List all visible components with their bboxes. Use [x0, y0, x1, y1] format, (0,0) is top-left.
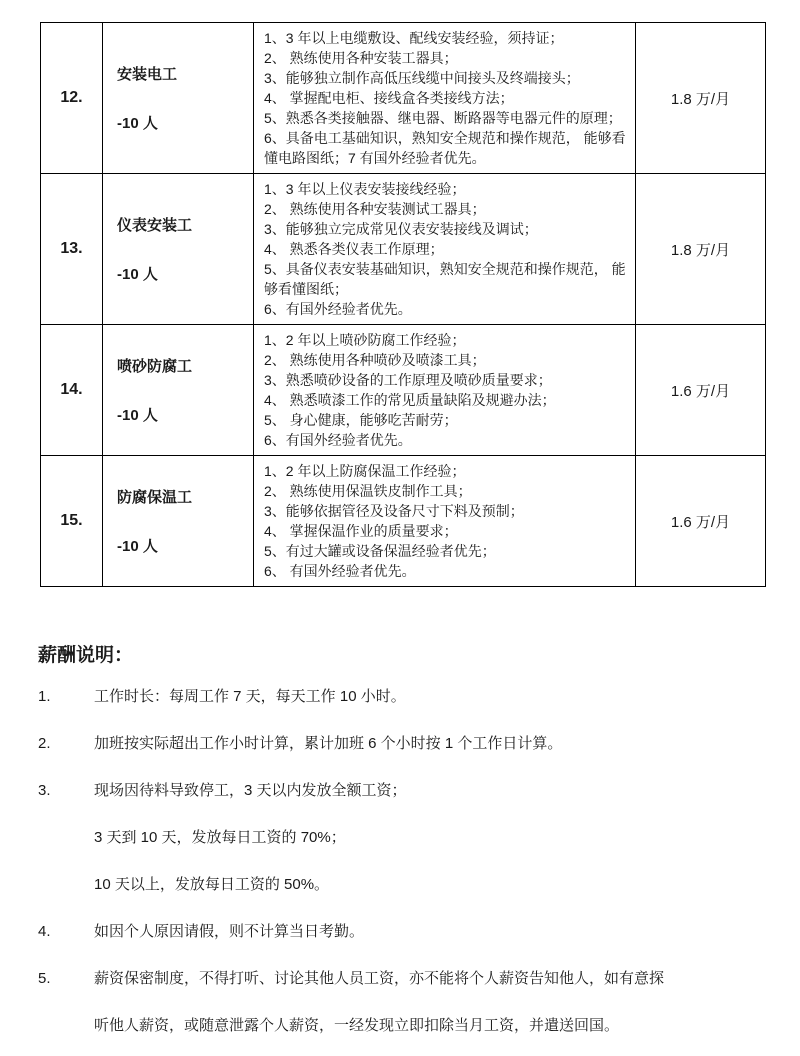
note-number: 1. [38, 673, 94, 720]
job-headcount: -10 人 [117, 263, 252, 284]
row-number-cell: 12. [41, 23, 103, 174]
note-number: 5. [38, 955, 94, 1002]
job-requirements-cell: 1、2 年以上防腐保温工作经验；2、 熟练使用保温铁皮制作工具；3、能够依据管径… [254, 456, 636, 587]
job-headcount: -10 人 [117, 112, 252, 133]
salary-note-item: 5. 薪资保密制度，不得打听、讨论其他人员工资，亦不能将个人薪资告知他人，如有意… [38, 955, 770, 1049]
row-number-cell: 14. [41, 325, 103, 456]
note-lines: 薪资保密制度，不得打听、讨论其他人员工资，亦不能将个人薪资告知他人，如有意探听他… [94, 955, 770, 1049]
job-table-row: 14. 喷砂防腐工 -10 人 1、2 年以上喷砂防腐工作经验；2、 熟练使用各… [41, 325, 766, 456]
salary-notes-list: 1. 工作时长：每周工作 7 天，每天工作 10 小时。 2. 加班按实际超出工… [38, 673, 770, 1049]
requirement-item: 2、 熟练使用保温铁皮制作工具； [264, 481, 627, 501]
job-table-row: 12. 安装电工 -10 人 1、3 年以上电缆敷设、配线安装经验，须持证；2、… [41, 23, 766, 174]
job-salary: 1.6 万/月 [671, 514, 730, 531]
job-salary: 1.8 万/月 [671, 91, 730, 108]
requirement-item: 3、能够依据管径及设备尺寸下料及预制； [264, 501, 627, 521]
requirement-item: 5、 身心健康，能够吃苦耐劳； [264, 410, 627, 430]
job-salary: 1.6 万/月 [671, 383, 730, 400]
salary-note-item: 4. 如因个人原因请假，则不计算当日考勤。 [38, 908, 770, 955]
requirement-item: 2、 熟练使用各种安装测试工器具； [264, 199, 627, 219]
note-line: 薪资保密制度，不得打听、讨论其他人员工资，亦不能将个人薪资告知他人，如有意探 [94, 955, 770, 1002]
requirement-item: 4、 掌握配电柜、接线盒各类接线方法； [264, 88, 627, 108]
note-lines: 加班按实际超出工作小时计算，累计加班 6 个小时按 1 个工作日计算。 [94, 720, 770, 767]
note-line: 听他人薪资，或随意泄露个人薪资，一经发现立即扣除当月工资，并遣送回国。 [94, 1002, 770, 1049]
job-title-cell: 喷砂防腐工 -10 人 [103, 325, 254, 456]
salary-note-item: 2. 加班按实际超出工作小时计算，累计加班 6 个小时按 1 个工作日计算。 [38, 720, 770, 767]
document-page: 12. 安装电工 -10 人 1、3 年以上电缆敷设、配线安装经验，须持证；2、… [0, 0, 800, 1056]
job-salary-cell: 1.6 万/月 [636, 325, 766, 456]
job-title: 防腐保温工 [117, 486, 252, 507]
row-number: 14. [60, 381, 82, 398]
job-table-body: 12. 安装电工 -10 人 1、3 年以上电缆敷设、配线安装经验，须持证；2、… [41, 23, 766, 587]
note-line: 加班按实际超出工作小时计算，累计加班 6 个小时按 1 个工作日计算。 [94, 720, 770, 767]
requirement-item: 3、能够独立制作高低压线缆中间接头及终端接头； [264, 68, 627, 88]
job-headcount: -10 人 [117, 404, 252, 425]
job-title: 安装电工 [117, 63, 252, 84]
job-requirements-cell: 1、3 年以上仪表安装接线经验；2、 熟练使用各种安装测试工器具；3、能够独立完… [254, 174, 636, 325]
row-number: 15. [60, 512, 82, 529]
requirement-item: 2、 熟练使用各种喷砂及喷漆工具； [264, 350, 627, 370]
requirement-item: 2、 熟练使用各种安装工器具； [264, 48, 627, 68]
requirement-item: 5、熟悉各类接触器、继电器、断路器等电器元件的原理；6、具备电工基础知识，熟知安… [264, 108, 627, 168]
row-number: 13. [60, 240, 82, 257]
note-line: 3 天到 10 天，发放每日工资的 70%； [94, 814, 770, 861]
job-title-cell: 仪表安装工 -10 人 [103, 174, 254, 325]
note-lines: 现场因待料导致停工，3 天以内发放全额工资；3 天到 10 天，发放每日工资的 … [94, 767, 770, 908]
requirement-item: 4、 掌握保温作业的质量要求； [264, 521, 627, 541]
requirement-item: 3、熟悉喷砂设备的工作原理及喷砂质量要求； [264, 370, 627, 390]
note-line: 如因个人原因请假，则不计算当日考勤。 [94, 908, 770, 955]
job-requirements-cell: 1、2 年以上喷砂防腐工作经验；2、 熟练使用各种喷砂及喷漆工具；3、熟悉喷砂设… [254, 325, 636, 456]
salary-notes-heading: 薪酬说明： [38, 640, 770, 667]
requirement-item: 4、 熟悉各类仪表工作原理； [264, 239, 627, 259]
job-salary: 1.8 万/月 [671, 242, 730, 259]
salary-note-item: 1. 工作时长：每周工作 7 天，每天工作 10 小时。 [38, 673, 770, 720]
job-salary-cell: 1.6 万/月 [636, 456, 766, 587]
note-lines: 工作时长：每周工作 7 天，每天工作 10 小时。 [94, 673, 770, 720]
job-title: 仪表安装工 [117, 214, 252, 235]
job-table-row: 13. 仪表安装工 -10 人 1、3 年以上仪表安装接线经验；2、 熟练使用各… [41, 174, 766, 325]
row-number: 12. [60, 89, 82, 106]
job-title-cell: 安装电工 -10 人 [103, 23, 254, 174]
note-line: 工作时长：每周工作 7 天，每天工作 10 小时。 [94, 673, 770, 720]
row-number-cell: 13. [41, 174, 103, 325]
job-title-cell: 防腐保温工 -10 人 [103, 456, 254, 587]
job-requirements-cell: 1、3 年以上电缆敷设、配线安装经验，须持证；2、 熟练使用各种安装工器具；3、… [254, 23, 636, 174]
requirement-item: 6、 有国外经验者优先。 [264, 561, 627, 581]
salary-note-item: 3. 现场因待料导致停工，3 天以内发放全额工资；3 天到 10 天，发放每日工… [38, 767, 770, 908]
requirement-item: 1、3 年以上电缆敷设、配线安装经验，须持证； [264, 28, 627, 48]
row-number-cell: 15. [41, 456, 103, 587]
note-number: 2. [38, 720, 94, 767]
requirement-item: 1、2 年以上防腐保温工作经验； [264, 461, 627, 481]
note-line: 10 天以上，发放每日工资的 50%。 [94, 861, 770, 908]
job-headcount: -10 人 [117, 535, 252, 556]
note-number: 3. [38, 767, 94, 814]
job-salary-cell: 1.8 万/月 [636, 174, 766, 325]
requirement-item: 5、有过大罐或设备保温经验者优先； [264, 541, 627, 561]
requirement-item: 1、3 年以上仪表安装接线经验； [264, 179, 627, 199]
requirement-item: 6、有国外经验者优先。 [264, 299, 627, 319]
note-number: 4. [38, 908, 94, 955]
job-table-row: 15. 防腐保温工 -10 人 1、2 年以上防腐保温工作经验；2、 熟练使用保… [41, 456, 766, 587]
job-salary-cell: 1.8 万/月 [636, 23, 766, 174]
job-table: 12. 安装电工 -10 人 1、3 年以上电缆敷设、配线安装经验，须持证；2、… [40, 22, 766, 587]
requirement-item: 1、2 年以上喷砂防腐工作经验； [264, 330, 627, 350]
requirement-item: 3、能够独立完成常见仪表安装接线及调试； [264, 219, 627, 239]
salary-notes-section: 薪酬说明： 1. 工作时长：每周工作 7 天，每天工作 10 小时。 2. 加班… [38, 640, 770, 1049]
requirement-item: 6、有国外经验者优先。 [264, 430, 627, 450]
note-lines: 如因个人原因请假，则不计算当日考勤。 [94, 908, 770, 955]
requirement-item: 5、具备仪表安装基础知识，熟知安全规范和操作规范， 能够看懂图纸； [264, 259, 627, 299]
job-title: 喷砂防腐工 [117, 355, 252, 376]
requirement-item: 4、 熟悉喷漆工作的常见质量缺陷及规避办法； [264, 390, 627, 410]
note-line: 现场因待料导致停工，3 天以内发放全额工资； [94, 767, 770, 814]
